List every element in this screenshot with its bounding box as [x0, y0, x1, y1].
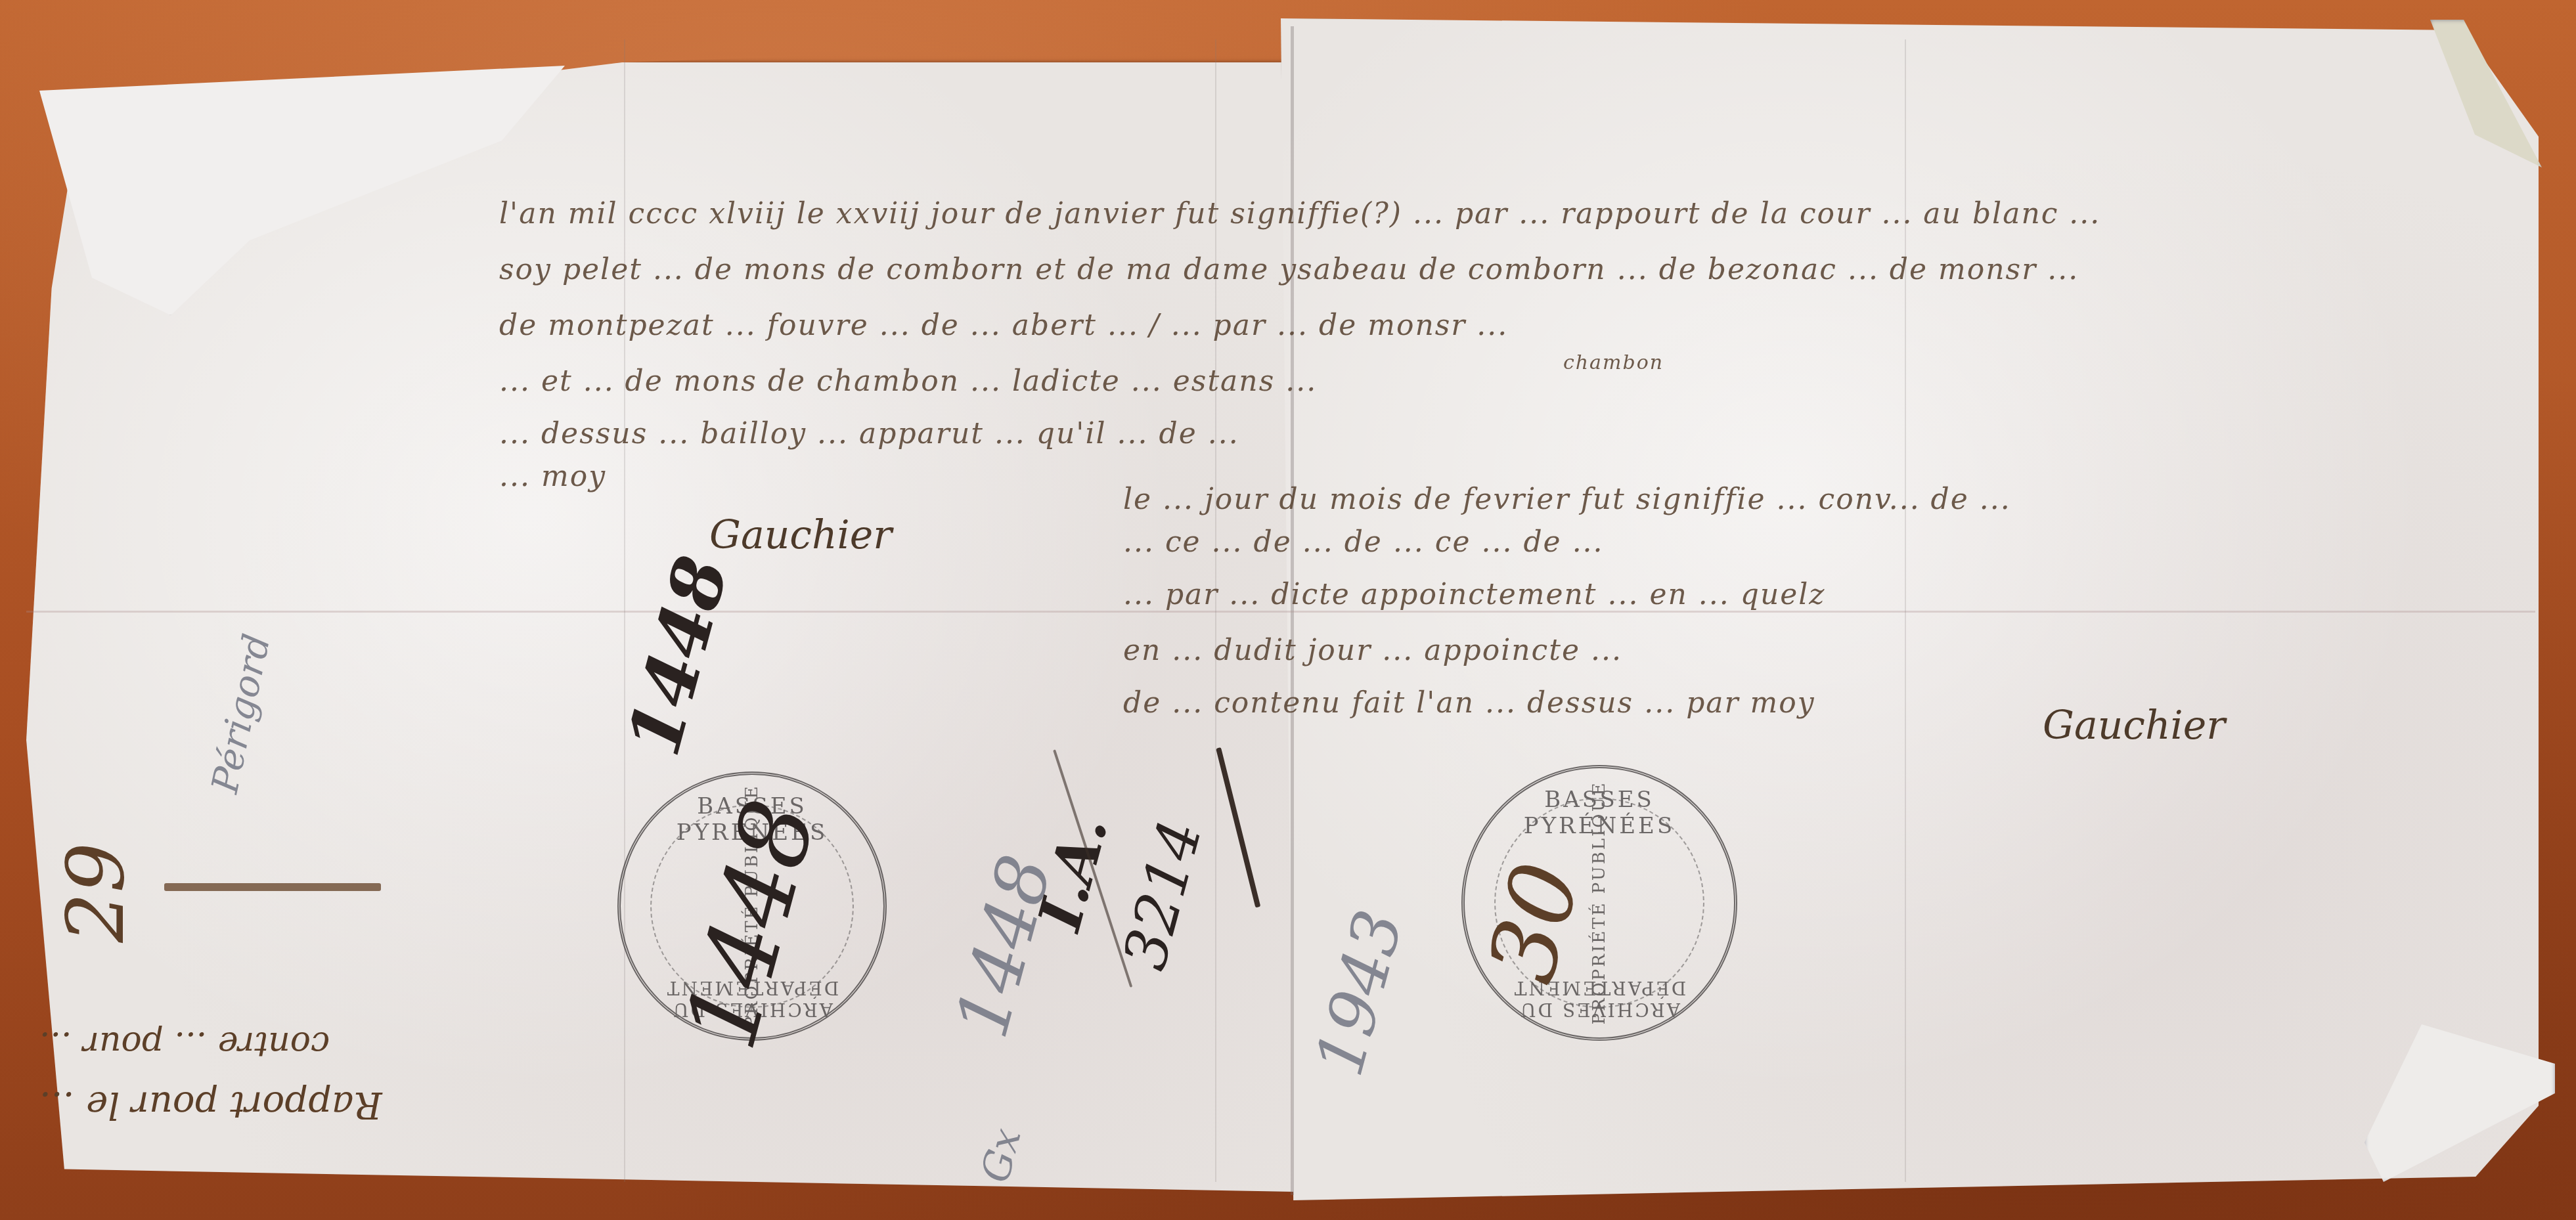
text-line: en ... dudit jour ... appoincte ... [1123, 634, 1622, 667]
text-line: soy pelet ... de mons de comborn et de m… [499, 253, 2079, 286]
signature-right: Gauchier [2043, 703, 2225, 749]
crossed-out-word [164, 883, 381, 891]
upside-down-note: contre ... pour ... [39, 1024, 330, 1064]
text-line: ... et ... de mons de chambon ... ladict… [499, 364, 1317, 398]
document-photo: l'an mil cccc xlviij le xxviij jour de j… [0, 0, 2576, 1220]
stamp-text-bottom: ARCHIVES DU DÉPARTEMENT [1465, 977, 1734, 1020]
signature-left: Gauchier [709, 512, 892, 558]
text-line: ... moy [499, 460, 606, 493]
upside-down-note: Rapport pour le ... [39, 1083, 382, 1126]
text-line: ... par ... dicte appoinctement ... en .… [1123, 578, 1826, 611]
text-line: de ... contenu fait l'an ... dessus ... … [1123, 686, 1815, 720]
text-line: l'an mil cccc xlviij le xxviij jour de j… [499, 197, 2100, 230]
text-line: ... ce ... de ... de ... ce ... de ... [1123, 525, 1604, 559]
margin-number: 29 [51, 842, 142, 943]
text-line: ... dessus ... bailloy ... apparut ... q… [499, 417, 1239, 450]
text-line: le ... jour du mois de fevrier fut signi… [1123, 483, 2011, 516]
interlinear-note: chambon [1563, 351, 1664, 374]
text-line: de montpezat ... fouvre ... de ... abert… [499, 309, 1508, 342]
